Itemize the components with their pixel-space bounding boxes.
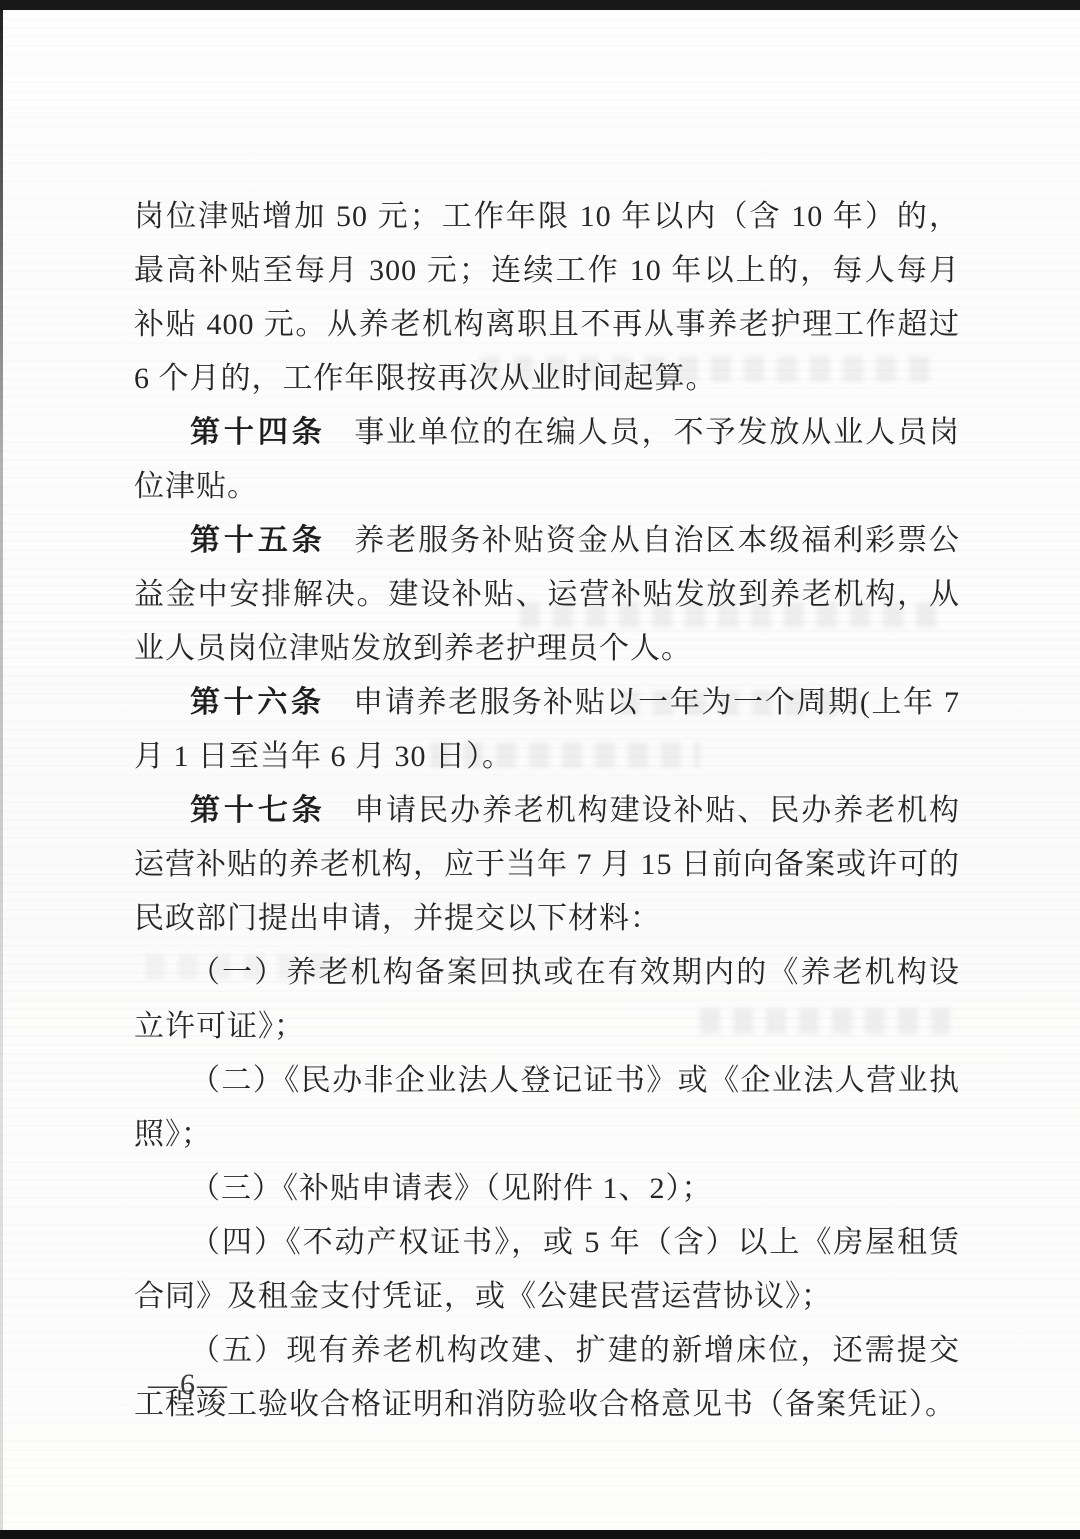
list-item-5: （五）现有养老机构改建、扩建的新增床位，还需提交工程竣工验收合格证明和消防验收合… bbox=[134, 1324, 960, 1432]
article-15-heading: 第十五条 bbox=[190, 524, 326, 557]
scanned-document-page: 岗位津贴增加 50 元；工作年限 10 年以内（含 10 年）的，最高补贴至每月… bbox=[0, 0, 1080, 1539]
list-item-3: （三）《补贴申请表》（见附件 1、2）； bbox=[134, 1162, 960, 1216]
paragraph-text: （一）养老机构备案回执或在有效期内的《养老机构设立许可证》； bbox=[134, 956, 960, 1043]
article-16-heading: 第十六条 bbox=[190, 686, 325, 719]
article-17-heading: 第十七条 bbox=[190, 794, 326, 827]
paragraph-text: （四）《不动产权证书》，或 5 年（含）以上《房屋租赁合同》及租金支付凭证，或《… bbox=[134, 1226, 960, 1313]
article-16-paragraph: 第十六条申请养老服务补贴以一年为一个周期(上年 7 月 1 日至当年 6 月 3… bbox=[134, 676, 960, 784]
scan-border-top bbox=[0, 0, 1080, 10]
list-item-2: （二）《民办非企业法人登记证书》或《企业法人营业执照》； bbox=[134, 1054, 960, 1162]
paragraph-continuation: 岗位津贴增加 50 元；工作年限 10 年以内（含 10 年）的，最高补贴至每月… bbox=[134, 190, 960, 406]
article-15-paragraph: 第十五条养老服务补贴资金从自治区本级福利彩票公益金中安排解决。建设补贴、运营补贴… bbox=[134, 514, 960, 676]
list-item-4: （四）《不动产权证书》，或 5 年（含）以上《房屋租赁合同》及租金支付凭证，或《… bbox=[134, 1216, 960, 1324]
page-number: —6— bbox=[148, 1368, 229, 1402]
article-14-paragraph: 第十四条事业单位的在编人员，不予发放从业人员岗位津贴。 bbox=[134, 406, 960, 514]
paragraph-text: （二）《民办非企业法人登记证书》或《企业法人营业执照》； bbox=[134, 1064, 960, 1151]
paragraph-text: （五）现有养老机构改建、扩建的新增床位，还需提交工程竣工验收合格证明和消防验收合… bbox=[134, 1334, 960, 1421]
paragraph-text: 岗位津贴增加 50 元；工作年限 10 年以内（含 10 年）的，最高补贴至每月… bbox=[134, 200, 960, 395]
document-body: 岗位津贴增加 50 元；工作年限 10 年以内（含 10 年）的，最高补贴至每月… bbox=[134, 190, 960, 1432]
article-14-heading: 第十四条 bbox=[190, 416, 326, 449]
article-17-paragraph: 第十七条申请民办养老机构建设补贴、民办养老机构运营补贴的养老机构，应于当年 7 … bbox=[134, 784, 960, 946]
scan-border-left bbox=[0, 10, 3, 1530]
scan-border-bottom bbox=[0, 1530, 1080, 1539]
list-item-1: （一）养老机构备案回执或在有效期内的《养老机构设立许可证》； bbox=[134, 946, 960, 1054]
paragraph-text: （三）《补贴申请表》（见附件 1、2）； bbox=[190, 1172, 713, 1205]
